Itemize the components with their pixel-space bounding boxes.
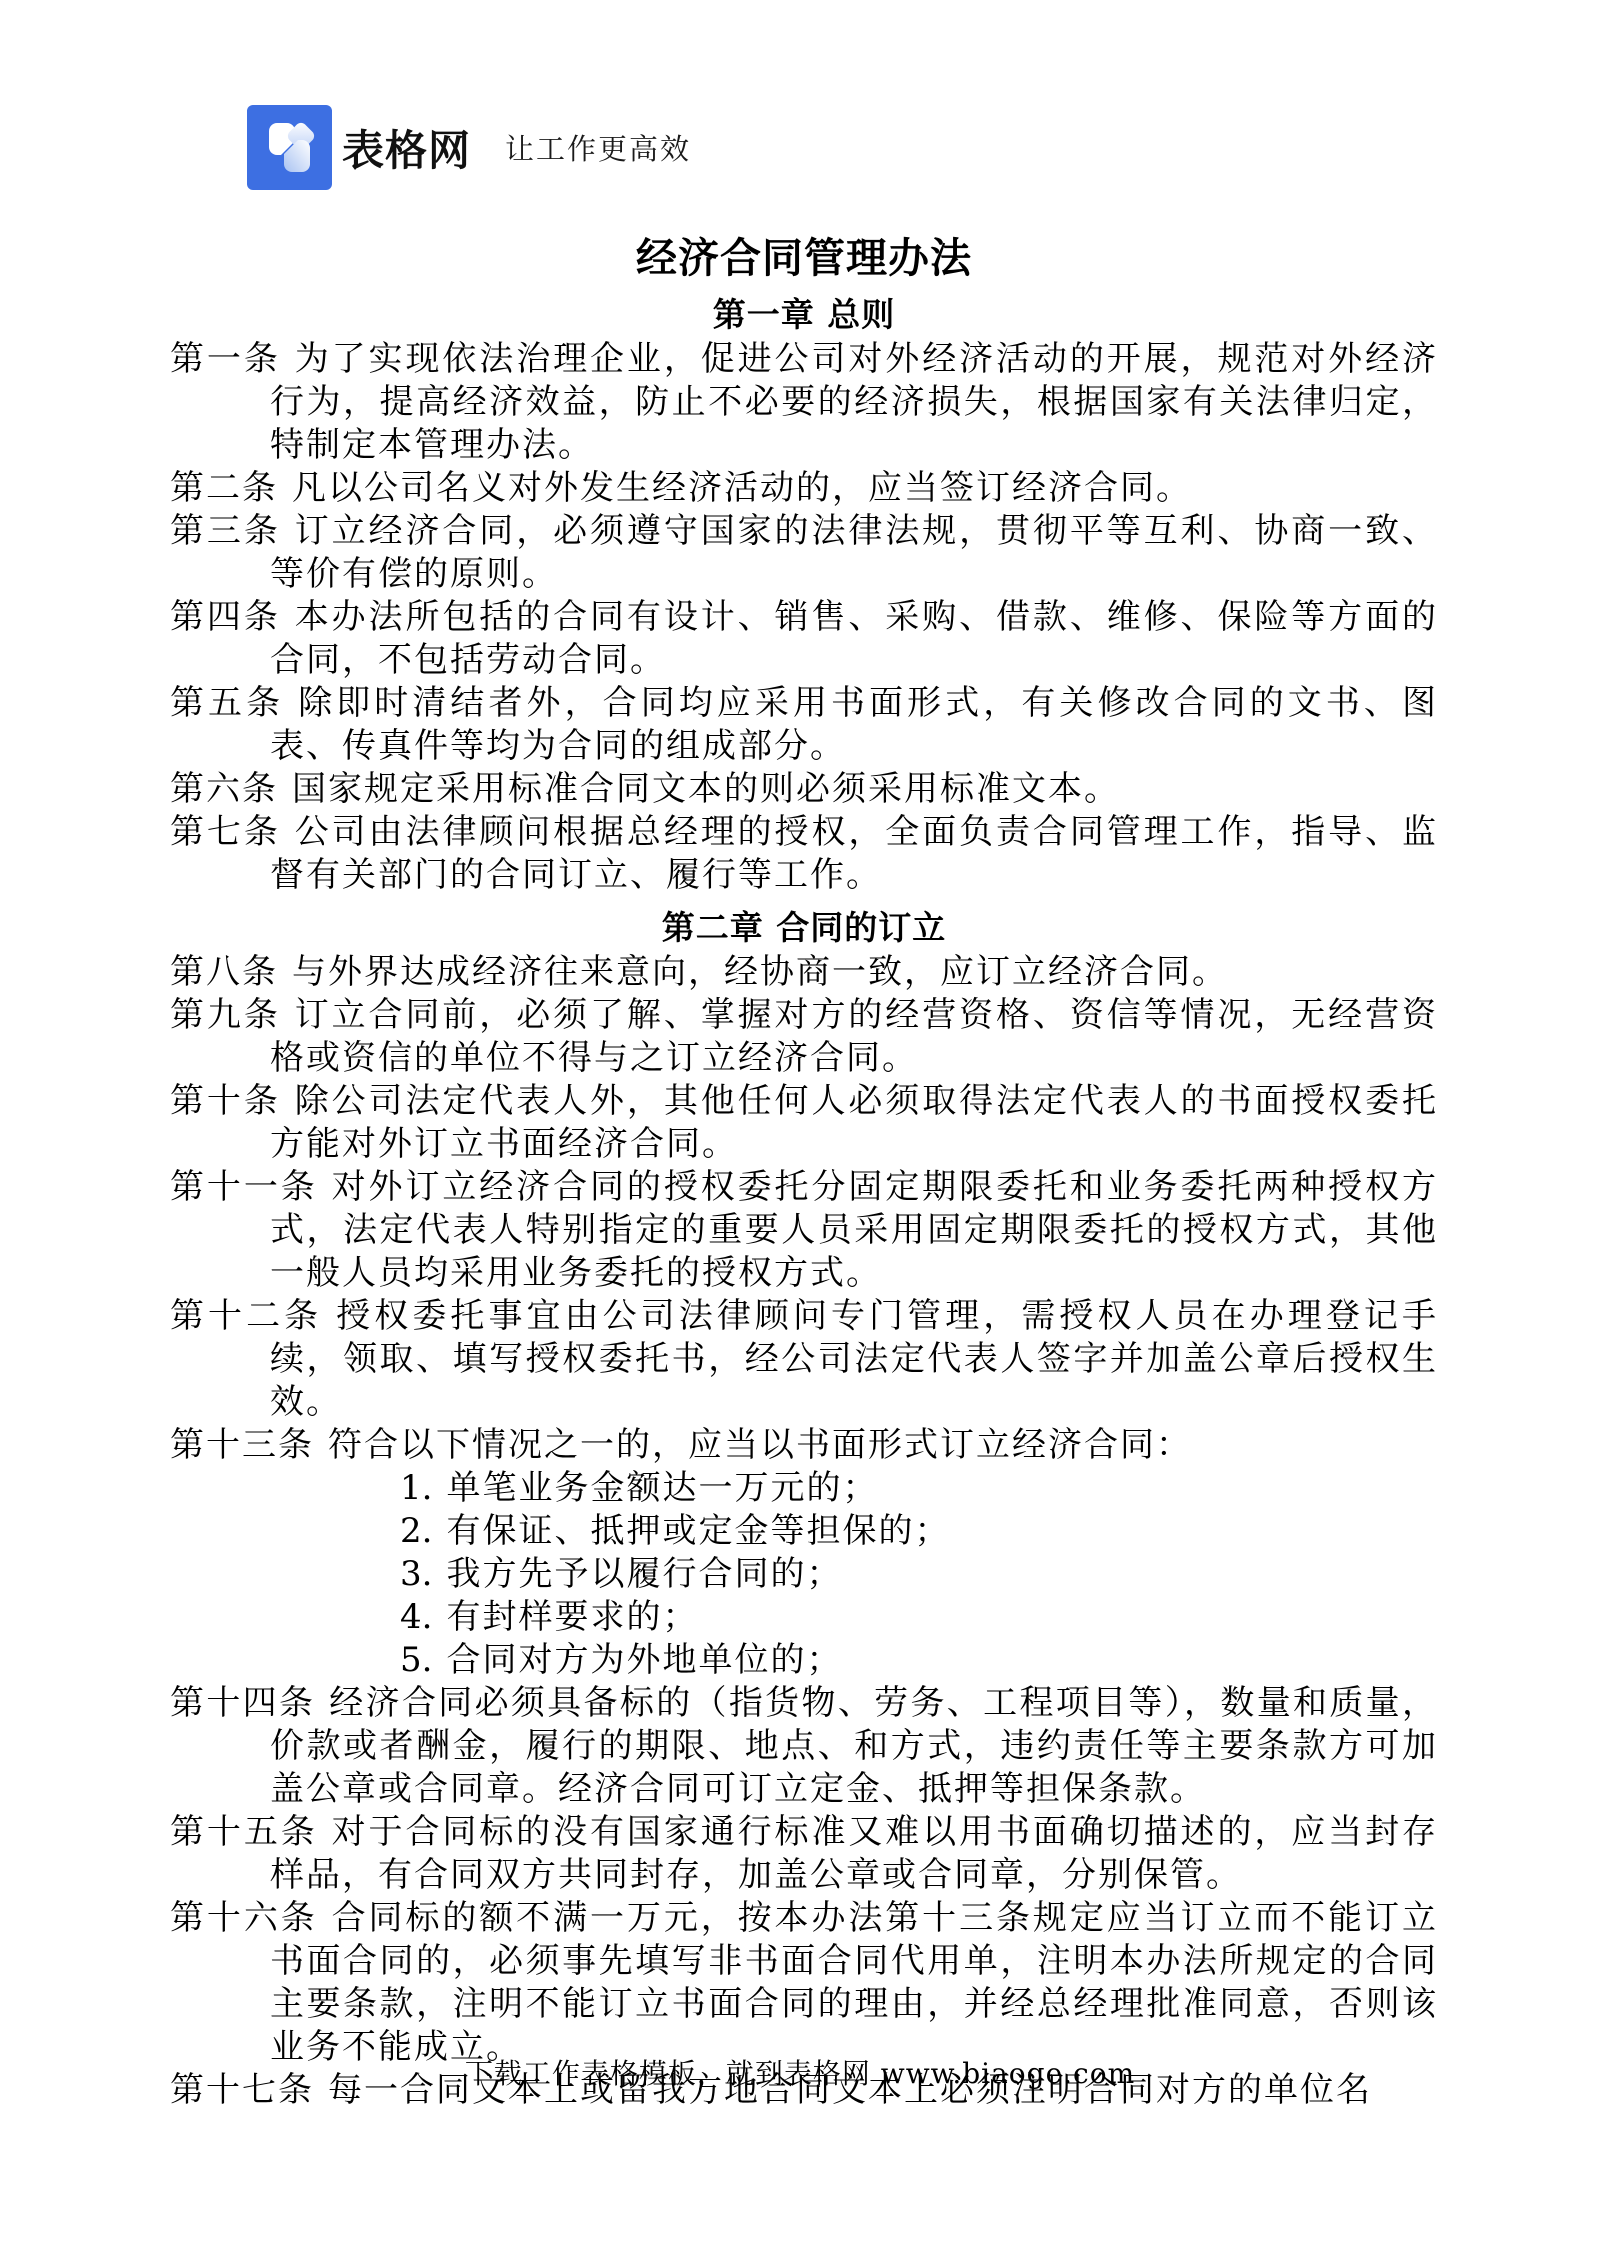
article-label: 第三条 (170, 511, 281, 551)
article-13-list: 1.单笔业务金额达一万元的； 2.有保证、抵押或定金等担保的； 3.我方先予以履… (400, 1467, 1438, 1682)
article-16: 第十六条合同标的额不满一万元，按本办法第十三条规定应当订立而不能订立书面合同的，… (170, 1897, 1438, 2069)
biaoge-logo-icon (247, 105, 332, 190)
document-content: 经济合同管理办法 第一章 总则 第一条为了实现依法治理企业，促进公司对外经济活动… (170, 232, 1438, 2112)
list-item-text: 合同对方为外地单位的； (446, 1640, 842, 1680)
list-item-text: 有保证、抵押或定金等担保的； (446, 1511, 950, 1551)
article-text: 为了实现依法治理企业，促进公司对外经济活动的开展，规范对外经济行为，提高经济效益… (270, 339, 1438, 465)
article-text: 凡以公司名义对外发生经济活动的，应当签订经济合同。 (292, 468, 1192, 508)
article-text: 公司由法律顾问根据总经理的授权，全面负责合同管理工作，指导、监督有关部门的合同订… (270, 812, 1438, 895)
article-9: 第九条订立合同前，必须了解、掌握对方的经营资格、资信等情况，无经营资格或资信的单… (170, 994, 1438, 1080)
site-header: 表格网 让工作更高效 (247, 105, 691, 190)
article-3: 第三条订立经济合同，必须遵守国家的法律法规，贯彻平等互利、协商一致、等价有偿的原… (170, 510, 1438, 596)
list-item-number: 1. (400, 1468, 432, 1508)
article-2: 第二条凡以公司名义对外发生经济活动的，应当签订经济合同。 (170, 467, 1438, 510)
list-item: 4.有封样要求的； (400, 1596, 1438, 1639)
list-item: 2.有保证、抵押或定金等担保的； (400, 1510, 1438, 1553)
document-title: 经济合同管理办法 (170, 232, 1438, 284)
article-label: 第十二条 (170, 1296, 322, 1336)
article-label: 第九条 (170, 995, 281, 1035)
article-label: 第十条 (170, 1081, 281, 1121)
article-8: 第八条与外界达成经济往来意向，经协商一致，应订立经济合同。 (170, 951, 1438, 994)
article-text: 国家规定采用标准合同文本的则必须采用标准文本。 (292, 769, 1120, 809)
list-item: 5.合同对方为外地单位的； (400, 1639, 1438, 1682)
article-text: 符合以下情况之一的，应当以书面形式订立经济合同： (328, 1425, 1192, 1465)
list-item-text: 有封样要求的； (446, 1597, 698, 1637)
page-footer: 下载工作表格模板，就到表格网 www.biaoge.com (0, 2052, 1600, 2092)
article-12: 第十二条授权委托事宜由公司法律顾问专门管理，需授权人员在办理登记手续，领取、填写… (170, 1295, 1438, 1424)
article-6: 第六条国家规定采用标准合同文本的则必须采用标准文本。 (170, 768, 1438, 811)
biaoge-logo (247, 105, 332, 190)
article-14: 第十四条经济合同必须具备标的（指货物、劳务、工程项目等），数量和质量，价款或者酬… (170, 1682, 1438, 1811)
article-7: 第七条公司由法律顾问根据总经理的授权，全面负责合同管理工作，指导、监督有关部门的… (170, 811, 1438, 897)
chapter-1-heading: 第一章 总则 (170, 292, 1438, 338)
article-label: 第八条 (170, 952, 278, 992)
article-label: 第十一条 (170, 1167, 318, 1207)
article-label: 第四条 (170, 597, 281, 637)
article-label: 第五条 (170, 683, 284, 723)
article-1: 第一条为了实现依法治理企业，促进公司对外经济活动的开展，规范对外经济行为，提高经… (170, 338, 1438, 467)
article-5: 第五条除即时清结者外，合同均应采用书面形式，有关修改合同的文书、图表、传真件等均… (170, 682, 1438, 768)
article-text: 除即时清结者外，合同均应采用书面形式，有关修改合同的文书、图表、传真件等均为合同… (270, 683, 1438, 766)
list-item-number: 2. (400, 1511, 432, 1551)
article-label: 第十四条 (170, 1683, 315, 1723)
article-label: 第十三条 (170, 1425, 314, 1465)
article-15: 第十五条对于合同标的没有国家通行标准又难以用书面确切描述的，应当封存样品，有合同… (170, 1811, 1438, 1897)
article-label: 第十五条 (170, 1812, 318, 1852)
article-text: 对于合同标的没有国家通行标准又难以用书面确切描述的，应当封存样品，有合同双方共同… (270, 1812, 1438, 1895)
list-item: 1.单笔业务金额达一万元的； (400, 1467, 1438, 1510)
article-13: 第十三条符合以下情况之一的，应当以书面形式订立经济合同： 1.单笔业务金额达一万… (170, 1424, 1438, 1682)
article-label: 第七条 (170, 812, 281, 852)
article-4: 第四条本办法所包括的合同有设计、销售、采购、借款、维修、保险等方面的合同，不包括… (170, 596, 1438, 682)
list-item-number: 4. (400, 1597, 432, 1637)
article-text: 与外界达成经济往来意向，经协商一致，应订立经济合同。 (292, 952, 1228, 992)
article-text: 本办法所包括的合同有设计、销售、采购、借款、维修、保险等方面的合同，不包括劳动合… (270, 597, 1438, 680)
article-label: 第二条 (170, 468, 278, 508)
chapter-2-heading: 第二章 合同的订立 (170, 905, 1438, 951)
logo-tagline: 让工作更高效 (505, 127, 691, 168)
article-text: 对外订立经济合同的授权委托分固定期限委托和业务委托两种授权方式，法定代表人特别指… (270, 1167, 1438, 1293)
article-text: 除公司法定代表人外，其他任何人必须取得法定代表人的书面授权委托方能对外订立书面经… (270, 1081, 1438, 1164)
list-item-number: 5. (400, 1640, 432, 1680)
list-item-number: 3. (400, 1554, 432, 1594)
document-page: 表格网 让工作更高效 经济合同管理办法 第一章 总则 第一条为了实现依法治理企业… (0, 0, 1600, 2262)
article-text: 订立合同前，必须了解、掌握对方的经营资格、资信等情况，无经营资格或资信的单位不得… (270, 995, 1438, 1078)
article-label: 第十六条 (170, 1898, 318, 1938)
list-item-text: 单笔业务金额达一万元的； (446, 1468, 878, 1508)
article-text: 经济合同必须具备标的（指货物、劳务、工程项目等），数量和质量，价款或者酬金，履行… (270, 1683, 1438, 1809)
list-item-text: 我方先予以履行合同的； (446, 1554, 842, 1594)
article-text: 订立经济合同，必须遵守国家的法律法规，贯彻平等互利、协商一致、等价有偿的原则。 (270, 511, 1438, 594)
article-11: 第十一条对外订立经济合同的授权委托分固定期限委托和业务委托两种授权方式，法定代表… (170, 1166, 1438, 1295)
article-10: 第十条除公司法定代表人外，其他任何人必须取得法定代表人的书面授权委托方能对外订立… (170, 1080, 1438, 1166)
article-label: 第一条 (170, 339, 281, 379)
article-label: 第六条 (170, 769, 278, 809)
article-text: 合同标的额不满一万元，按本办法第十三条规定应当订立而不能订立书面合同的，必须事先… (270, 1898, 1438, 2067)
list-item: 3.我方先予以履行合同的； (400, 1553, 1438, 1596)
article-text: 授权委托事宜由公司法律顾问专门管理，需授权人员在办理登记手续，领取、填写授权委托… (270, 1296, 1438, 1422)
logo-text: 表格网 (342, 118, 471, 178)
